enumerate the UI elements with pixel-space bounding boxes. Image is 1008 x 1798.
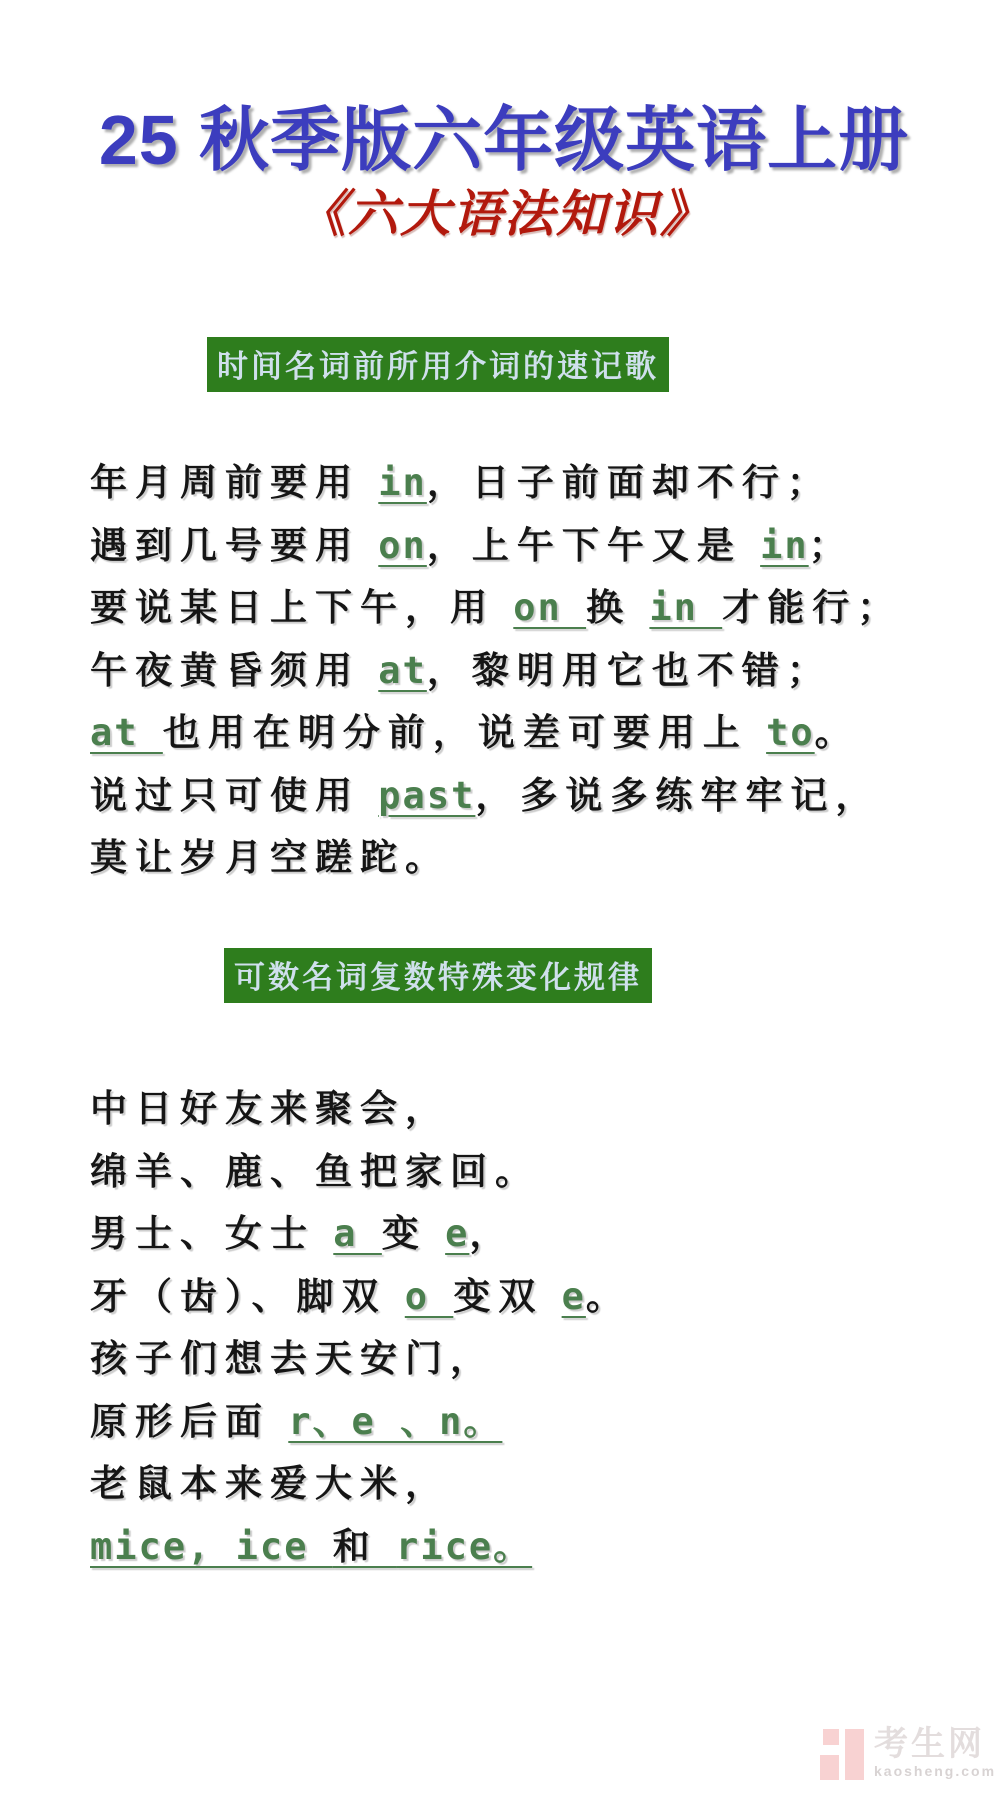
- text-line: 说过只可使用 past，多说多练牢牢记，: [90, 765, 968, 828]
- section-header-1-label: 时间名词前所用介词的速记歌: [207, 337, 669, 392]
- text-cn: 绵羊、鹿、鱼把家回。: [90, 1151, 540, 1192]
- keyword-en: in: [649, 586, 722, 629]
- text-line: 牙（齿）、脚双 o 变双 e。: [90, 1266, 968, 1329]
- keyword-en: e: [445, 1212, 469, 1255]
- text-line: 老鼠本来爱大米，: [90, 1453, 968, 1516]
- keyword-en: at: [90, 711, 163, 754]
- text-cn: ，多说多练牢牢记，: [475, 775, 880, 816]
- watermark-site-url: kaosheng.com: [874, 1762, 996, 1780]
- text-cn: 中日好友来聚会，: [90, 1088, 450, 1129]
- text-cn: 变: [382, 1213, 445, 1254]
- logo-block-right: [845, 1729, 864, 1780]
- keyword-en: past: [378, 774, 475, 817]
- text-line: at 也用在明分前，说差可要用上 to。: [90, 702, 968, 765]
- keyword-en: on: [378, 524, 427, 567]
- watermark: 考生网 kaosheng.com: [820, 1726, 996, 1782]
- text-cn: 男士、女士: [90, 1213, 333, 1254]
- text-cn: 。: [586, 1276, 631, 1317]
- section-2-body: 中日好友来聚会，绵羊、鹿、鱼把家回。男士、女士 a 变 e，牙（齿）、脚双 o …: [90, 1078, 968, 1578]
- text-cn: 老鼠本来爱大米，: [90, 1463, 450, 1504]
- text-line: 要说某日上下午，用 on 换 in 才能行；: [90, 577, 968, 640]
- text-cn: 变双: [453, 1276, 561, 1317]
- page-title: 25 秋季版六年级英语上册: [0, 84, 1008, 185]
- text-line: 绵羊、鹿、鱼把家回。: [90, 1141, 968, 1204]
- text-line: 莫让岁月空蹉跎。: [90, 827, 968, 890]
- text-cn: 孩子们想去天安门，: [90, 1338, 495, 1379]
- keyword-en: on: [513, 586, 586, 629]
- text-cn: 。: [815, 712, 860, 753]
- text-cn: 牙（齿）、脚双: [90, 1276, 405, 1317]
- logo-block-top-left: [823, 1729, 839, 1745]
- text-line: 遇到几号要用 on，上午下午又是 in；: [90, 515, 968, 578]
- text-line: 孩子们想去天安门，: [90, 1328, 968, 1391]
- text-line: 中日好友来聚会，: [90, 1078, 968, 1141]
- text-cn: ，黎明用它也不错；: [427, 650, 832, 691]
- keyword-en: e: [562, 1275, 586, 1318]
- watermark-site-name: 考生网: [874, 1726, 996, 1762]
- page-subtitle: 《六大语法知识》: [0, 174, 1008, 246]
- section-header-2-label: 可数名词复数特殊变化规律: [224, 948, 652, 1003]
- text-cn: 要说某日上下午，用: [90, 587, 513, 628]
- keyword-en: at: [378, 649, 427, 692]
- text-cn: ；: [809, 525, 854, 566]
- text-cn: 才能行；: [722, 587, 902, 628]
- text-cn: 原形后面: [90, 1401, 288, 1442]
- text-cn: 莫让岁月空蹉跎。: [90, 837, 450, 878]
- text-cn: 午夜黄昏须用: [90, 650, 378, 691]
- text-cn: 说过只可使用: [90, 775, 378, 816]
- keyword-en: rice。: [396, 1525, 532, 1568]
- text-cn: 也用在明分前，说差可要用上: [163, 712, 766, 753]
- keyword-en: a: [333, 1212, 382, 1255]
- keyword-en: o: [405, 1275, 454, 1318]
- text-cn: 年月周前要用: [90, 462, 378, 503]
- watermark-text: 考生网 kaosheng.com: [874, 1726, 996, 1780]
- text-line: mice, ice 和 rice。: [90, 1516, 968, 1579]
- section-1-body: 年月周前要用 in，日子前面却不行；遇到几号要用 on，上午下午又是 in；要说…: [90, 452, 968, 890]
- keyword-en: to: [766, 711, 815, 754]
- logo-block-bottom-left: [820, 1755, 839, 1780]
- text-cn: ，: [469, 1213, 514, 1254]
- text-cn: ，上午下午又是: [427, 525, 760, 566]
- section-header-2: 可数名词复数特殊变化规律: [90, 948, 786, 1003]
- text-line: 年月周前要用 in，日子前面却不行；: [90, 452, 968, 515]
- keyword-en: in: [378, 461, 427, 504]
- text-line: 午夜黄昏须用 at，黎明用它也不错；: [90, 640, 968, 703]
- text-cn: 和: [333, 1526, 396, 1567]
- kaosheng-logo-icon: [820, 1726, 864, 1782]
- keyword-en: in: [760, 524, 809, 567]
- keyword-en: r、e 、n。: [288, 1400, 502, 1443]
- section-header-1: 时间名词前所用介词的速记歌: [90, 337, 786, 392]
- text-cn: ，日子前面却不行；: [427, 462, 832, 503]
- text-line: 男士、女士 a 变 e，: [90, 1203, 968, 1266]
- text-cn: 遇到几号要用: [90, 525, 378, 566]
- text-cn: 换: [586, 587, 649, 628]
- text-line: 原形后面 r、e 、n。: [90, 1391, 968, 1454]
- keyword-en: mice, ice: [90, 1525, 333, 1568]
